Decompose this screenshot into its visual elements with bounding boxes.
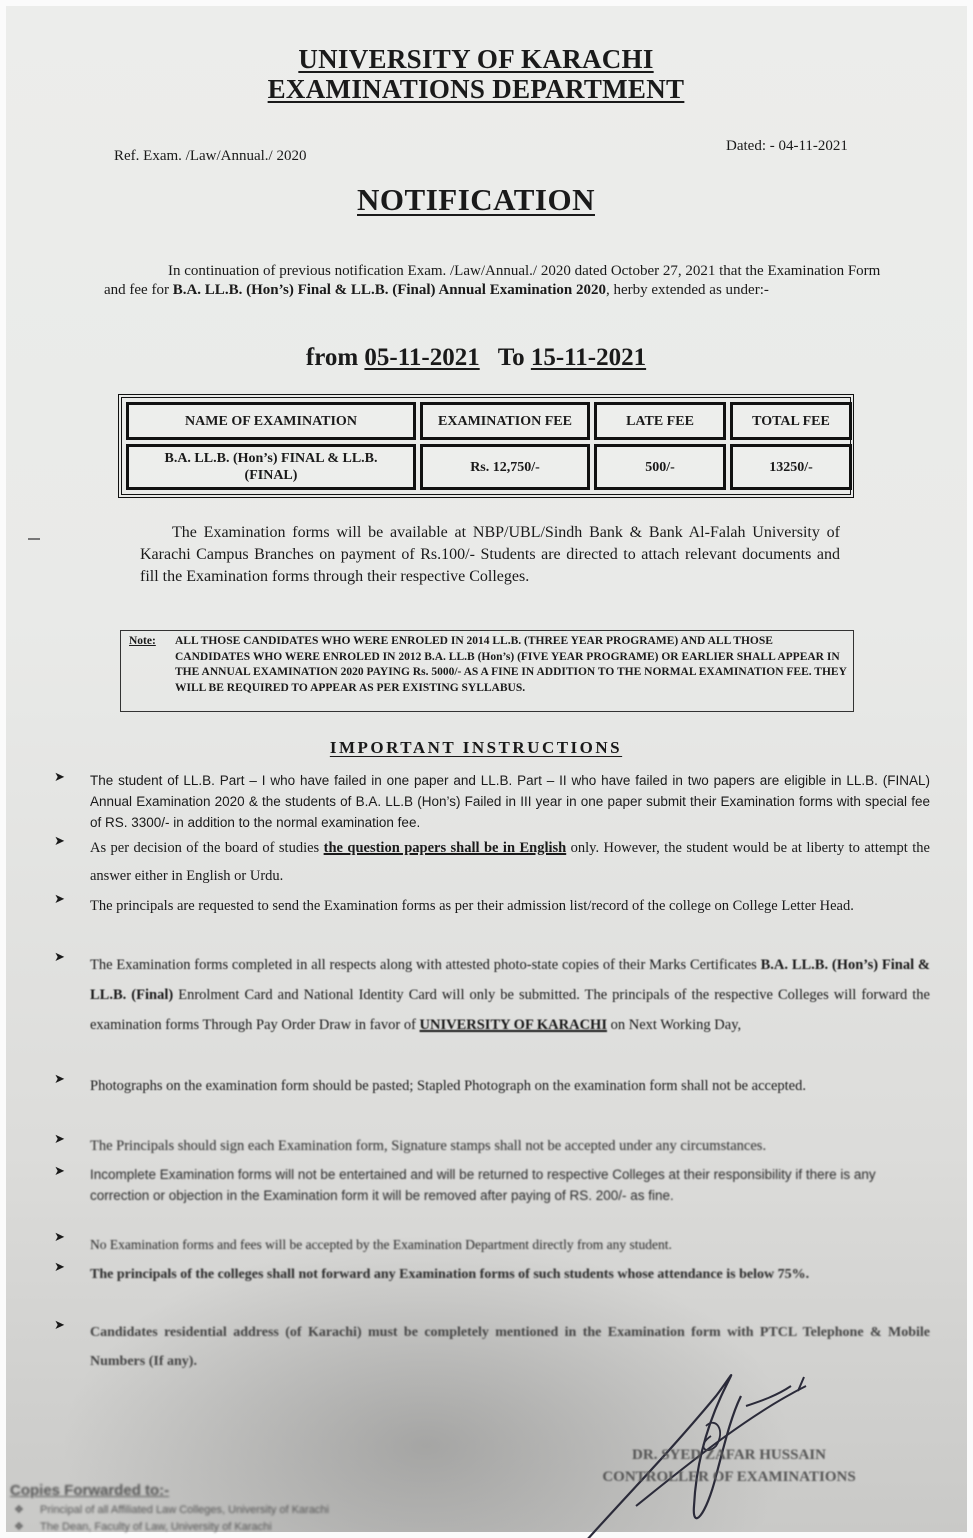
intro-paragraph: In continuation of previous notification… [104,262,899,300]
instructions-heading: IMPORTANT INSTRUCTIONS [6,738,946,758]
date-issued: Dated: - 04-11-2021 [726,138,848,155]
table-cell-late-fee: 500/- [594,444,726,490]
table-header: LATE FEE [594,402,726,440]
university-name: UNIVERSITY OF KARACHI [6,44,946,74]
note-label: Note: [129,635,156,647]
note-box: Note: ALL THOSE CANDIDATES WHO WERE ENRO… [120,630,854,712]
arrowhead-bullet-icon: ➤ [54,1132,65,1147]
table-cell-total-fee: 13250/- [730,444,852,490]
list-item: ❖Principal of all Affiliated Law College… [10,1503,329,1516]
signatory-block: DR. SYED ZAFAR HUSSAIN CONTROLLER OF EXA… [554,1444,904,1488]
margin-mark [28,538,40,540]
date-to: 15-11-2021 [531,344,646,371]
arrowhead-bullet-icon: ➤ [54,834,65,849]
arrowhead-bullet-icon: ➤ [54,950,65,965]
signatory-designation: CONTROLLER OF EXAMINATIONS [554,1466,904,1488]
table-header: TOTAL FEE [730,402,852,440]
arrowhead-bullet-icon: ➤ [54,1260,65,1275]
date-from: 05-11-2021 [364,344,479,371]
arrowhead-bullet-icon: ➤ [54,1164,65,1179]
note-text: ALL THOSE CANDIDATES WHO WERE ENROLED IN… [129,634,847,696]
copies-heading: Copies Forwarded to:- [10,1482,329,1499]
arrowhead-bullet-icon: ➤ [54,1230,65,1245]
reference-number: Ref. Exam. /Law/Annual./ 2020 [114,148,306,165]
arrowhead-bullet-icon: ➤ [54,1072,65,1087]
table-header: NAME OF EXAMINATION [126,402,416,440]
signatory-name: DR. SYED ZAFAR HUSSAIN [554,1444,904,1466]
arrowhead-bullet-icon: ➤ [54,770,65,785]
table-cell-exam-name: B.A. LL.B. (Hon’s) FINAL & LL.B. (FINAL) [126,444,416,490]
department-name: EXAMINATIONS DEPARTMENT [6,74,946,104]
notification-page: UNIVERSITY OF KARACHI EXAMINATIONS DEPAR… [0,0,973,1538]
page-title: NOTIFICATION [6,182,946,218]
list-item: ❖The Dean, Faculty of Law, University of… [10,1520,329,1533]
availability-paragraph: The Examination forms will be available … [140,522,840,588]
table-header: EXAMINATION FEE [420,402,590,440]
arrowhead-bullet-icon: ➤ [54,892,65,907]
date-range: from 05-11-2021To 15-11-2021 [6,344,946,372]
fee-table: NAME OF EXAMINATION EXAMINATION FEE LATE… [118,394,854,498]
arrowhead-bullet-icon: ➤ [54,1318,65,1333]
table-cell-exam-fee: Rs. 12,750/- [420,444,590,490]
copies-forwarded: Copies Forwarded to:- ❖Principal of all … [10,1482,329,1533]
